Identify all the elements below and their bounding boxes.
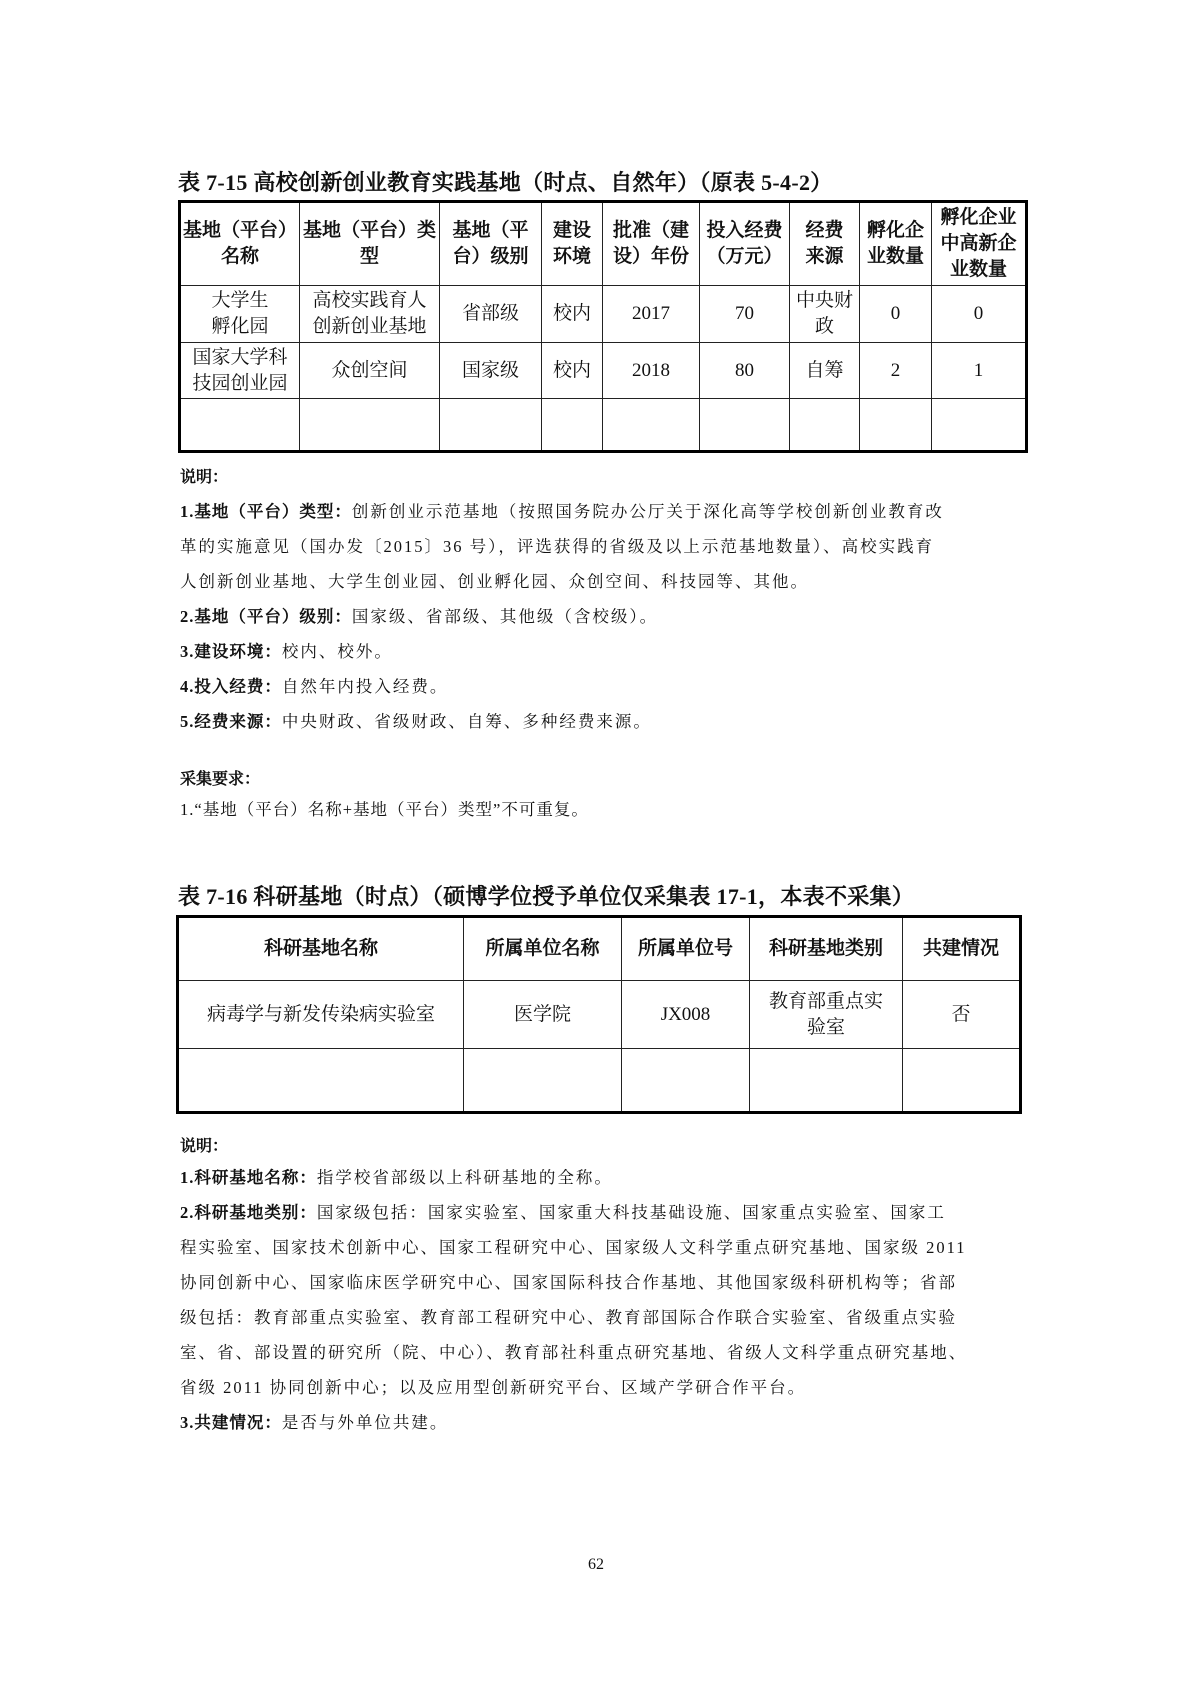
cell-line: 来源 — [790, 244, 859, 270]
cell-line: 医学院 — [464, 1002, 621, 1028]
cell-line: 2017 — [603, 301, 699, 327]
cell-line: 基地（平台） — [181, 218, 299, 244]
empty-cell — [622, 1049, 750, 1113]
cell-line: 业数量 — [932, 257, 1025, 283]
note-line: 程实验室、国家技术创新中心、国家工程研究中心、国家级人文科学重点研究基地、国家级… — [180, 1230, 967, 1265]
note-label: 1.基地（平台）类型： — [180, 502, 352, 521]
header-cell: 所属单位号 — [622, 917, 750, 981]
cell-line: 基地（平台）类 — [300, 218, 439, 244]
table2-header-row: 科研基地名称所属单位名称所属单位号科研基地类别共建情况 — [178, 917, 1021, 981]
table-cell: 高校实践育人创新创业基地 — [300, 286, 440, 343]
table-cell: 2018 — [603, 343, 700, 399]
header-cell: 投入经费（万元） — [700, 202, 790, 286]
header-cell: 建设环境 — [542, 202, 603, 286]
table1-notes-heading: 说明： — [180, 464, 228, 487]
note-label: 2.基地（平台）级别： — [180, 607, 352, 626]
note-text: 是否与外单位共建。 — [282, 1413, 449, 1432]
cell-line: 批准（建 — [603, 218, 699, 244]
empty-cell — [603, 399, 700, 452]
note-text: 省级 2011 协同创新中心；以及应用型创新研究平台、区域产学研合作平台。 — [180, 1378, 806, 1397]
table-cell: 2 — [860, 343, 932, 399]
note-line: 革的实施意见（国办发〔2015〕36 号），评选获得的省级及以上示范基地数量）、… — [180, 529, 944, 564]
empty-cell — [700, 399, 790, 452]
header-cell: 基地（平台）名称 — [180, 202, 300, 286]
cell-line: 中央财 — [790, 288, 859, 314]
table1-grid: 基地（平台）名称基地（平台）类型基地（平台）级别建设环境批准（建设）年份投入经费… — [178, 200, 1028, 453]
table-cell: 病毒学与新发传染病实验室 — [178, 981, 464, 1049]
table-cell: 医学院 — [464, 981, 622, 1049]
note-line: 3.共建情况：是否与外单位共建。 — [180, 1405, 967, 1440]
cell-line: 病毒学与新发传染病实验室 — [179, 1002, 463, 1028]
cell-line: 名称 — [181, 244, 299, 270]
cell-line: 70 — [700, 301, 789, 327]
cell-line: 自筹 — [790, 358, 859, 384]
cell-line: 经费 — [790, 218, 859, 244]
empty-cell — [542, 399, 603, 452]
table-cell: JX008 — [622, 981, 750, 1049]
empty-cell — [790, 399, 860, 452]
cell-line: 教育部重点实 — [750, 989, 902, 1015]
table-cell: 校内 — [542, 286, 603, 343]
empty-cell — [932, 399, 1027, 452]
table-cell: 自筹 — [790, 343, 860, 399]
cell-line: 校内 — [542, 358, 602, 384]
note-line: 4.投入经费：自然年内投入经费。 — [180, 669, 944, 704]
cell-line: 众创空间 — [300, 358, 439, 384]
note-line: 5.经费来源：中央财政、省级财政、自筹、多种经费来源。 — [180, 704, 944, 739]
table-row-empty — [178, 1049, 1021, 1113]
cell-line: 台）级别 — [440, 244, 541, 270]
cell-line: 国家大学科 — [181, 345, 299, 371]
cell-line: 孵化园 — [181, 314, 299, 340]
table-cell: 校内 — [542, 343, 603, 399]
empty-cell — [440, 399, 542, 452]
cell-line: 1 — [932, 358, 1025, 384]
table-cell: 0 — [860, 286, 932, 343]
table-row: 国家大学科技园创业园众创空间国家级校内201880自筹21 — [180, 343, 1027, 399]
cell-line: 0 — [932, 301, 1025, 327]
table1-requirements-heading: 采集要求： — [180, 766, 260, 789]
header-cell: 所属单位名称 — [464, 917, 622, 981]
cell-line: 孵化企业 — [932, 205, 1025, 231]
cell-line: 大学生 — [181, 288, 299, 314]
note-label: 2.科研基地类别： — [180, 1203, 317, 1222]
note-label: 3.共建情况： — [180, 1413, 282, 1432]
cell-line: 建设 — [542, 218, 602, 244]
header-cell: 批准（建设）年份 — [603, 202, 700, 286]
table-cell: 80 — [700, 343, 790, 399]
empty-cell — [903, 1049, 1021, 1113]
page-number: 62 — [588, 1556, 604, 1574]
table2-notes-heading: 说明： — [180, 1133, 228, 1156]
cell-line: 验室 — [750, 1015, 902, 1041]
cell-line: JX008 — [622, 1002, 749, 1028]
note-line: 3.建设环境：校内、校外。 — [180, 634, 944, 669]
header-cell: 共建情况 — [903, 917, 1021, 981]
note-line: 2.科研基地类别：国家级包括：国家实验室、国家重大科技基础设施、国家重点实验室、… — [180, 1195, 967, 1230]
cell-line: 设）年份 — [603, 244, 699, 270]
header-cell: 基地（平台）类型 — [300, 202, 440, 286]
cell-line: 高校实践育人 — [300, 288, 439, 314]
header-cell: 基地（平台）级别 — [440, 202, 542, 286]
table-cell: 教育部重点实验室 — [750, 981, 903, 1049]
empty-cell — [178, 1049, 464, 1113]
note-line: 级包括：教育部重点实验室、教育部工程研究中心、教育部国际合作联合实验室、省级重点… — [180, 1300, 967, 1335]
empty-cell — [300, 399, 440, 452]
empty-cell — [180, 399, 300, 452]
note-label: 5.经费来源： — [180, 712, 282, 731]
cell-line: 省部级 — [440, 301, 541, 327]
table1-title: 表 7-15 高校创新创业教育实践基地（时点、自然年）（原表 5-4-2） — [178, 166, 833, 197]
note-text: 指学校省部级以上科研基地的全称。 — [317, 1168, 613, 1187]
table1-notes: 1.基地（平台）类型：创新创业示范基地（按照国务院办公厅关于深化高等学校创新创业… — [180, 494, 944, 739]
table-cell: 0 — [932, 286, 1027, 343]
note-label: 4.投入经费： — [180, 677, 282, 696]
empty-cell — [750, 1049, 903, 1113]
table-cell: 省部级 — [440, 286, 542, 343]
note-text: 创新创业示范基地（按照国务院办公厅关于深化高等学校创新创业教育改 — [352, 502, 944, 521]
cell-line: 业数量 — [860, 244, 931, 270]
note-label: 3.建设环境： — [180, 642, 282, 661]
cell-line: 中高新企 — [932, 231, 1025, 257]
table2-grid: 科研基地名称所属单位名称所属单位号科研基地类别共建情况 病毒学与新发传染病实验室… — [176, 915, 1022, 1114]
table-cell: 中央财政 — [790, 286, 860, 343]
note-text: 协同创新中心、国家临床医学研究中心、国家国际科技合作基地、其他国家级科研机构等；… — [180, 1273, 957, 1292]
note-text: 自然年内投入经费。 — [282, 677, 449, 696]
cell-line: 国家级 — [440, 358, 541, 384]
note-text: 室、省、部设置的研究所（院、中心）、教育部社科重点研究基地、省级人文科学重点研究… — [180, 1343, 967, 1362]
cell-line: 孵化企 — [860, 218, 931, 244]
table-row: 大学生孵化园高校实践育人创新创业基地省部级校内201770中央财政00 — [180, 286, 1027, 343]
table-cell: 国家级 — [440, 343, 542, 399]
table-cell: 2017 — [603, 286, 700, 343]
cell-line: 投入经费 — [700, 218, 789, 244]
table1-requirement: 1.“基地（平台）名称+基地（平台）类型”不可重复。 — [180, 792, 589, 827]
table2-notes: 1.科研基地名称：指学校省部级以上科研基地的全称。2.科研基地类别：国家级包括：… — [180, 1160, 967, 1440]
empty-cell — [464, 1049, 622, 1113]
table-cell: 大学生孵化园 — [180, 286, 300, 343]
header-cell: 孵化企业数量 — [860, 202, 932, 286]
header-cell: 经费来源 — [790, 202, 860, 286]
table-cell: 否 — [903, 981, 1021, 1049]
cell-line: 技园创业园 — [181, 371, 299, 397]
cell-line: 环境 — [542, 244, 602, 270]
header-cell: 科研基地名称 — [178, 917, 464, 981]
note-line: 1.基地（平台）类型：创新创业示范基地（按照国务院办公厅关于深化高等学校创新创业… — [180, 494, 944, 529]
table1-header-row: 基地（平台）名称基地（平台）类型基地（平台）级别建设环境批准（建设）年份投入经费… — [180, 202, 1027, 286]
header-cell: 孵化企业中高新企业数量 — [932, 202, 1027, 286]
cell-line: （万元） — [700, 244, 789, 270]
note-text: 人创新创业基地、大学生创业园、创业孵化园、众创空间、科技园等、其他。 — [180, 572, 809, 591]
cell-line: 型 — [300, 244, 439, 270]
cell-line: 80 — [700, 358, 789, 384]
note-line: 室、省、部设置的研究所（院、中心）、教育部社科重点研究基地、省级人文科学重点研究… — [180, 1335, 967, 1370]
note-text: 程实验室、国家技术创新中心、国家工程研究中心、国家级人文科学重点研究基地、国家级… — [180, 1238, 967, 1257]
cell-line: 创新创业基地 — [300, 314, 439, 340]
cell-line: 2 — [860, 358, 931, 384]
table-cell: 国家大学科技园创业园 — [180, 343, 300, 399]
table-cell: 众创空间 — [300, 343, 440, 399]
cell-line: 2018 — [603, 358, 699, 384]
note-text: 校内、校外。 — [282, 642, 393, 661]
cell-line: 0 — [860, 301, 931, 327]
note-line: 2.基地（平台）级别：国家级、省部级、其他级（含校级）。 — [180, 599, 944, 634]
table-row-empty — [180, 399, 1027, 452]
note-text: 中央财政、省级财政、自筹、多种经费来源。 — [282, 712, 652, 731]
note-text: 革的实施意见（国办发〔2015〕36 号），评选获得的省级及以上示范基地数量）、… — [180, 537, 934, 556]
note-label: 1.科研基地名称： — [180, 1168, 317, 1187]
note-text: 级包括：教育部重点实验室、教育部工程研究中心、教育部国际合作联合实验室、省级重点… — [180, 1308, 957, 1327]
table-row: 病毒学与新发传染病实验室医学院JX008教育部重点实验室否 — [178, 981, 1021, 1049]
table-cell: 70 — [700, 286, 790, 343]
note-text: 国家级包括：国家实验室、国家重大科技基础设施、国家重点实验室、国家工 — [317, 1203, 946, 1222]
empty-cell — [860, 399, 932, 452]
note-line: 省级 2011 协同创新中心；以及应用型创新研究平台、区域产学研合作平台。 — [180, 1370, 967, 1405]
note-line: 人创新创业基地、大学生创业园、创业孵化园、众创空间、科技园等、其他。 — [180, 564, 944, 599]
cell-line: 政 — [790, 314, 859, 340]
table2-title: 表 7-16 科研基地（时点）（硕博学位授予单位仅采集表 17-1，本表不采集） — [178, 880, 914, 911]
cell-line: 基地（平 — [440, 218, 541, 244]
note-line: 1.科研基地名称：指学校省部级以上科研基地的全称。 — [180, 1160, 967, 1195]
cell-line: 校内 — [542, 301, 602, 327]
header-cell: 科研基地类别 — [750, 917, 903, 981]
table-cell: 1 — [932, 343, 1027, 399]
cell-line: 否 — [903, 1002, 1019, 1028]
note-line: 协同创新中心、国家临床医学研究中心、国家国际科技合作基地、其他国家级科研机构等；… — [180, 1265, 967, 1300]
note-text: 国家级、省部级、其他级（含校级）。 — [352, 607, 658, 626]
